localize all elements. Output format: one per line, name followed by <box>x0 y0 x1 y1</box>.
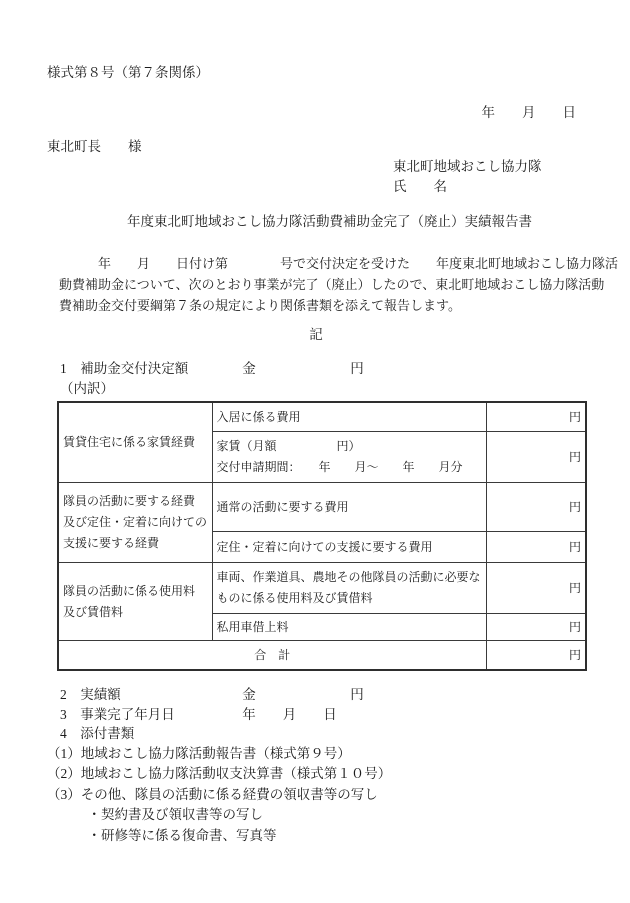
total-label-cell: 合 計 <box>58 641 486 671</box>
attachment-item-1: （1）地域おこし協力隊活動報告書（様式第９号） <box>47 744 585 765</box>
private-car-cell: 私用車借上料 <box>212 614 486 641</box>
settlement-cell: 定住・定着に向けての支援に要する費用 <box>212 532 486 563</box>
item-actual-amount: 2 実績額 金 円 <box>60 685 585 705</box>
sender-block: 東北町地域おこし協力隊 氏 名 <box>393 157 585 196</box>
item-completion-date: 3 事業完了年月日 年 月 日 <box>60 705 585 725</box>
table-row-move-in: 賃貸住宅に係る家賃経費 入居に係る費用 円 <box>58 402 586 432</box>
ki-label: 記 <box>47 325 585 344</box>
unit-cell: 円 <box>486 432 586 483</box>
sender-name-label: 氏 名 <box>393 177 585 197</box>
table-row-normal-activity: 隊員の活動に要する経費 及び定住・定着に向けての 支援に要する経費 通常の活動に… <box>58 483 586 532</box>
unit-cell: 円 <box>486 614 586 641</box>
body-paragraph: 年 月 日付け第 号で交付決定を受けた 年度東北町地域おこし協力隊活 動費補助金… <box>59 253 585 316</box>
unit-cell: 円 <box>486 532 586 563</box>
addressee: 東北町長 様 <box>47 137 585 156</box>
date-line: 年 月 日 <box>47 103 585 122</box>
document-title: 年度東北町地域おこし協力隊活動費補助金完了（廃止）実績報告書 <box>47 212 585 231</box>
item-attachments-label: 4 添付書類 <box>60 724 585 744</box>
rent-cell: 家賃（月額 円） 交付申請期間： 年 月～ 年 月分 <box>212 432 486 483</box>
document-page: 様式第８号（第７条関係） 年 月 日 東北町長 様 東北町地域おこし協力隊 氏 … <box>0 0 630 903</box>
sender-org: 東北町地域おこし協力隊 <box>393 157 585 177</box>
category-usage-cell: 隊員の活動に係る使用料 及び賃借料 <box>58 563 212 641</box>
table-row-vehicle: 隊員の活動に係る使用料 及び賃借料 車両、作業道具、農地その他隊員の活動に必要な… <box>58 563 586 614</box>
vehicle-cell: 車両、作業道具、農地その他隊員の活動に必要な ものに係る使用料及び賃借料 <box>212 563 486 614</box>
table-row-total: 合 計 円 <box>58 641 586 671</box>
breakdown-label: （内訳） <box>60 379 585 399</box>
unit-cell: 円 <box>486 402 586 432</box>
form-number: 様式第８号（第７条関係） <box>47 63 585 82</box>
attachment-item-3: （3）その他、隊員の活動に係る経費の領収書等の写し <box>47 785 585 806</box>
move-in-cell: 入居に係る費用 <box>212 402 486 432</box>
attachment-item-2: （2）地域おこし協力隊活動収支決算書（様式第１０号） <box>47 764 585 785</box>
unit-cell: 円 <box>486 641 586 671</box>
normal-activity-cell: 通常の活動に要する費用 <box>212 483 486 532</box>
attachments-list: （1）地域おこし協力隊活動報告書（様式第９号） （2）地域おこし協力隊活動収支決… <box>47 744 585 847</box>
breakdown-table: 賃貸住宅に係る家賃経費 入居に係る費用 円 家賃（月額 円） 交付申請期間： 年… <box>57 401 587 671</box>
unit-cell: 円 <box>486 483 586 532</box>
unit-cell: 円 <box>486 563 586 614</box>
category-activity-cell: 隊員の活動に要する経費 及び定住・定着に向けての 支援に要する経費 <box>58 483 212 563</box>
category-housing-cell: 賃貸住宅に係る家賃経費 <box>58 402 212 483</box>
item-grant-decision: 1 補助金交付決定額 金 円 <box>60 359 585 379</box>
attachment-sub-item-2: ・研修等に係る復命書、写真等 <box>47 826 585 847</box>
attachment-sub-item-1: ・契約書及び領収書等の写し <box>47 805 585 826</box>
